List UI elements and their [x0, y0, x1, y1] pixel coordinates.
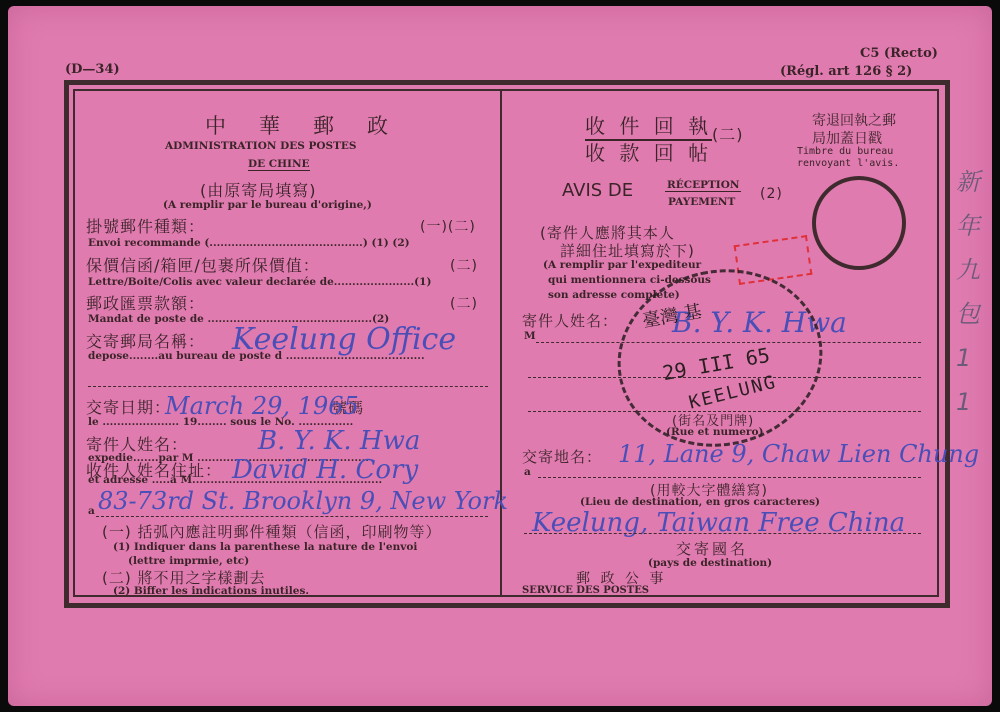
stamp-zh-1: 寄退回執之郵 — [812, 110, 896, 130]
sender-name-zh: 寄件人姓名： — [522, 310, 618, 331]
center-divider — [500, 89, 502, 597]
stamp-zh-2: 局加蓋日戳 — [812, 128, 882, 148]
form-ref-line2: (Régl. art 126 § 2) — [780, 64, 912, 79]
registered-marks: (一)(二) — [420, 216, 476, 236]
recipient-name-value: David H. Cory — [232, 455, 418, 485]
recipient-addr-value: 83-73rd St. Brooklyn 9, New York — [98, 487, 508, 515]
stamp-fr-2: renvoyant l'avis. — [797, 158, 899, 169]
origin-fr: (A remplir par le bureau d'origine,) — [163, 199, 372, 211]
note1-fr-2: (lettre imprmie, etc) — [128, 555, 249, 567]
insured-marks: (二) — [450, 255, 478, 275]
service-fr: SERVICE DES POSTES — [522, 585, 649, 596]
office-zh: 交寄郵局名稱： — [86, 329, 205, 352]
office-value: Keelung Office — [232, 322, 456, 357]
form-code: (D—34) — [65, 62, 120, 77]
origin-zh: (由原寄局填寫) — [200, 178, 317, 201]
avis-reception: RÉCEPTION — [665, 179, 741, 192]
registered-fr: Envoi recommande (......................… — [88, 237, 410, 249]
sender-name-prefix: M — [524, 330, 536, 342]
place-value: 11, Lane 9, Chaw Lien Chung — [618, 440, 979, 468]
margin-pencil-note: 新年 九包 11 — [956, 160, 978, 424]
country-fr: (pays de destination) — [648, 557, 772, 569]
stamp-fr-1: Timbre du bureau — [797, 146, 893, 157]
left-title-zh: 中 華 郵 政 — [205, 110, 394, 140]
date-stamp-circle — [812, 176, 906, 270]
date-value: March 29, 1965 — [165, 392, 359, 420]
country-zh: 交寄國名 — [676, 538, 748, 559]
place-prefix: a — [524, 466, 531, 478]
office-line-2 — [88, 386, 488, 387]
recipient-addr-prefix: a — [88, 505, 95, 517]
money-order-zh: 郵政匯票款額： — [86, 291, 205, 314]
note1-zh: (一) 括弧內應註明郵件種類（信函，印刷物等） — [102, 521, 441, 542]
insured-zh: 保價信函/箱匣/包裹所保價值： — [86, 253, 320, 276]
note2-fr: (2) Biffer les indications inutiles. — [113, 585, 309, 597]
country-line — [524, 533, 921, 534]
right-title-zh-2: 收 款 回 帖 — [585, 137, 712, 166]
insured-fr: Lettre/Boite/Colis avec valeur declarée … — [88, 276, 431, 288]
sender-value: B. Y. K. Hwa — [258, 426, 420, 456]
recipient-addr-line — [96, 516, 488, 517]
note1-fr-1: (1) Indiquer dans la parenthese la natur… — [113, 541, 417, 553]
right-title-zh-mark: (二) — [712, 122, 744, 145]
sender-note-zh-2: 詳細住址填寫於下) — [560, 240, 695, 261]
money-order-marks: (二) — [450, 293, 478, 313]
place-line — [538, 477, 921, 478]
form-ref-line1: C5 (Recto) — [860, 46, 938, 61]
date-zh: 交寄日期： — [86, 395, 171, 418]
avis-label: AVIS DE — [562, 180, 633, 201]
registered-zh: 掛號郵件種類： — [86, 214, 205, 237]
avis-payement: PAYEMENT — [668, 196, 735, 208]
left-title-fr-2: DE CHINE — [248, 158, 310, 171]
sender-note-fr-1: (A remplir par l'expediteur — [543, 259, 701, 271]
place-note-fr: (Lieu de destination, en gros caracteres… — [580, 496, 820, 508]
place-zh: 交寄地名： — [522, 446, 602, 467]
avis-mark: (2) — [760, 186, 783, 202]
left-title-fr-1: ADMINISTRATION DES POSTES — [165, 140, 357, 152]
